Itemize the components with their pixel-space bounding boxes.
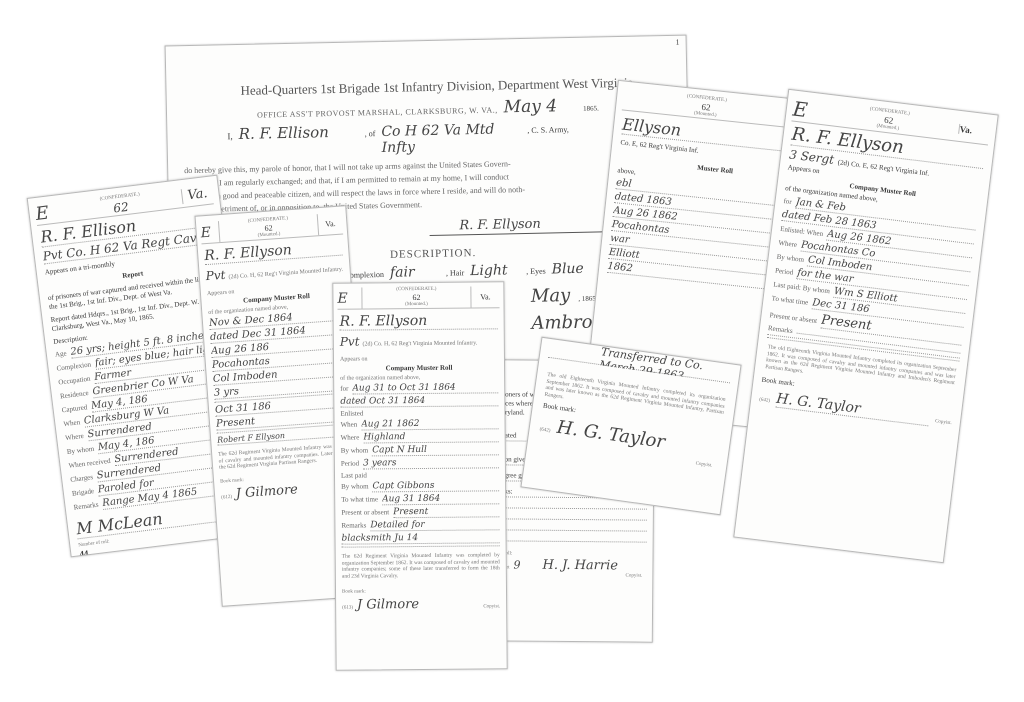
field-label: Age — [54, 349, 67, 358]
field-value: Aug 31 1864 — [382, 493, 499, 505]
eyes-label: , Eyes — [526, 267, 546, 276]
field-label: Where — [65, 432, 84, 442]
field-label: Last paid — [341, 471, 367, 479]
hair-value: Light — [470, 262, 520, 279]
field-value: Aug 21 1862 — [361, 418, 498, 430]
muster-card-b: E (CONFEDERATE.) 62 (Mounted.) Va. R. F.… — [332, 281, 507, 670]
field-label: Remarks — [341, 521, 366, 529]
state: Va. — [471, 292, 499, 301]
field-value: Highland — [363, 431, 498, 443]
appears-on: Appears on — [340, 355, 498, 362]
army-label: , C. S. Army, — [527, 125, 569, 135]
card-letter: E — [337, 290, 361, 306]
copyist-signature: H. J. Harrie — [542, 558, 618, 574]
soldier-rank: Pvt — [205, 268, 226, 283]
office-line: OFFICE ASS'T PROVOST MARSHAL, CLARKSBURG… — [257, 106, 498, 120]
copyist-label: Copyist. — [935, 419, 952, 427]
field-value: dated Oct 31 1864 — [340, 395, 498, 407]
complexion-value: fair — [390, 264, 440, 281]
card-letter: E — [200, 224, 219, 241]
unit-print: (2d) Co. H, 62 Reg't Virginia Mounted In… — [228, 267, 343, 282]
page-code: (642) — [759, 398, 770, 405]
field-label: Brigade — [72, 487, 95, 498]
field-label: Where — [778, 239, 797, 249]
state: Va. — [181, 185, 214, 204]
unit-print: (2d) Co. H, 62 Reg't Virginia Mounted In… — [363, 340, 478, 348]
field-value: Aug 31 to Oct 31 1864 — [352, 382, 498, 394]
field-value: Capt N Hull — [372, 444, 499, 456]
soldier-rank: Pvt — [340, 335, 360, 349]
field-label: By whom — [341, 482, 368, 490]
soldier-name: R. F. Ellyson — [340, 312, 498, 330]
card-letter: E — [34, 201, 60, 225]
taylor-note-card: Transferred to Co. March 29-1863. The ol… — [520, 337, 741, 516]
roll-title: Company Muster Roll — [334, 363, 504, 373]
field-label: Residence — [60, 389, 90, 400]
regiment-sub: (Mounted.) — [362, 302, 470, 309]
field-value: Present — [393, 506, 499, 518]
field-label: To what time — [771, 294, 809, 306]
field-label: When received — [68, 457, 111, 470]
field-label: Period — [775, 267, 794, 277]
field-label: Period — [341, 460, 359, 468]
field-label: Captured — [61, 403, 87, 414]
state: Va. — [958, 124, 990, 138]
org-line: of the organization named above, — [340, 374, 498, 381]
field-label: Complexion — [56, 360, 91, 372]
page-code: (612) — [221, 494, 232, 501]
parolee-name: R. F. Ellison — [239, 122, 359, 143]
field-label: To what time — [341, 495, 378, 503]
field-label: By whom — [776, 253, 804, 264]
regiment-note: The 62d Regiment Virginia Mounted Infant… — [342, 552, 500, 579]
page-number: 1 — [676, 38, 680, 47]
field-label: Where — [341, 434, 360, 442]
copyist-signature: J Gilmore — [357, 596, 479, 612]
field-label: Occupation — [58, 375, 91, 387]
parolee-signature: R. F. Ellyson — [459, 217, 541, 234]
field-label: Present or absent — [341, 508, 389, 516]
field-label: for — [340, 385, 348, 393]
field-value: Detailed for — [370, 519, 499, 531]
field-label: By whom — [341, 446, 368, 454]
field-label: When — [63, 418, 81, 428]
field-label: Remarks — [768, 324, 794, 335]
field-label: Charges — [70, 473, 94, 484]
state: Va. — [318, 218, 343, 229]
field-label: By whom — [66, 445, 94, 456]
page-code: (613) — [342, 606, 353, 612]
field-label: Enlisted — [340, 409, 363, 417]
field-label: Enlisted: When — [780, 225, 824, 238]
eyes-value: Blue — [552, 261, 584, 278]
sheet-value: 9 — [513, 558, 520, 571]
page-code: (642) — [539, 427, 551, 434]
description-date: May — [531, 285, 571, 307]
parolee-unit: Co H 62 Va Mtd Infty — [381, 121, 522, 156]
card-letter: E — [792, 97, 821, 124]
field-value: blacksmith Ju 14 — [342, 532, 500, 544]
parole-year: 1865. — [583, 104, 599, 112]
of-label: , of — [365, 129, 376, 138]
field-value: 3 years — [363, 457, 499, 469]
parole-date: May 4 — [503, 96, 557, 117]
copyist-label: Copyist. — [483, 604, 500, 610]
book-mark-label: Book mark: — [342, 588, 500, 595]
name-prefix: I, — [227, 131, 232, 141]
field-label: for — [783, 197, 792, 206]
copyist-label: Copyist. — [492, 572, 642, 579]
hair-label: , Hair — [446, 268, 464, 277]
field-label: Present or absent — [769, 311, 817, 325]
field-label: When — [341, 421, 358, 429]
field-value: Capt Gibbons — [372, 480, 499, 492]
field-label: Remarks — [73, 501, 99, 512]
